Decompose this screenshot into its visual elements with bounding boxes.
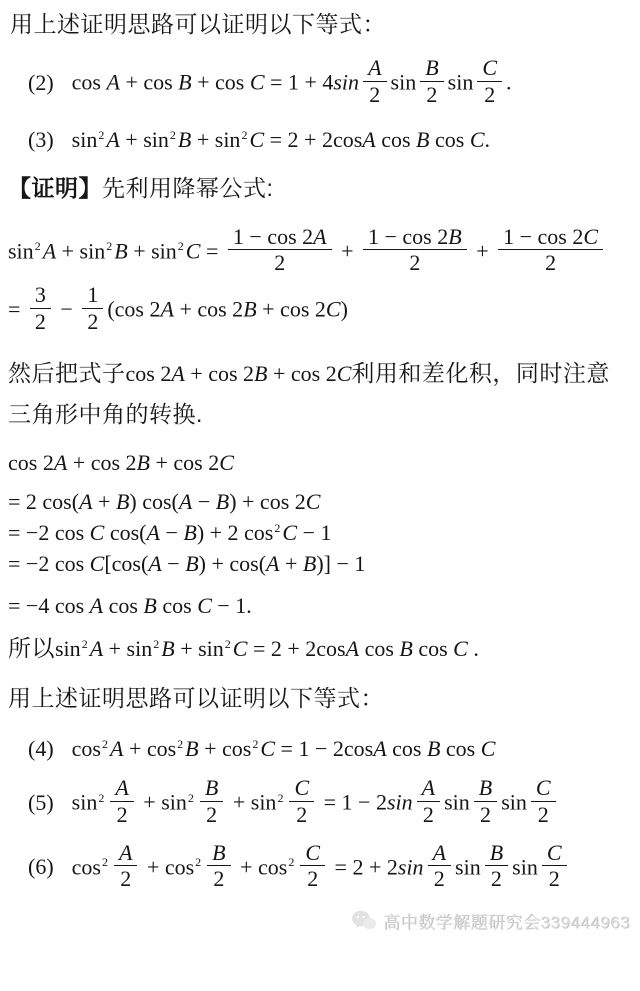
math-roman: ) <box>341 296 348 321</box>
math-italic: B <box>114 238 127 263</box>
math-roman: + sin <box>175 636 224 661</box>
math-roman: 2 <box>434 866 445 891</box>
text-run: 所以 <box>8 635 55 661</box>
math-roman: 2 <box>117 802 128 827</box>
equation-3: (3)sin2A + sin2B + sin2C = 2 + 2cosA cos… <box>0 126 640 154</box>
math-roman: = 2 cos( <box>8 489 79 514</box>
math-italic: B <box>254 361 267 386</box>
math-roman: cos( <box>104 520 146 545</box>
fraction: C2 <box>477 56 502 107</box>
math-italic: C <box>219 450 234 475</box>
superscript: 2 <box>188 791 194 805</box>
equation-6: (6)cos2A2 + cos2B2 + cos2C2 = 2 + 2sinA2… <box>0 844 640 895</box>
math-italic: C <box>90 520 105 545</box>
fraction-denominator: 2 <box>289 802 314 827</box>
math-roman: + cos 2 <box>174 296 243 321</box>
math-roman: 1 − cos 2 <box>503 224 583 249</box>
equation-5: (5)sin2A2 + sin2B2 + sin2C2 = 1 − 2sinA2… <box>0 779 640 830</box>
fraction: A2 <box>114 841 137 892</box>
math-roman: 2 <box>538 802 549 827</box>
math-italic: C <box>337 361 352 386</box>
equation-number: (5) <box>28 789 54 817</box>
math-italic: A <box>171 361 184 386</box>
intro-text-2: 用上述证明思路可以证明以下等式： <box>0 684 640 713</box>
math-roman: + cos 2 <box>150 450 219 475</box>
superscript: 2 <box>153 637 159 651</box>
math-italic: B <box>205 775 218 800</box>
math-italic: A <box>119 840 132 865</box>
math-italic: C <box>305 840 320 865</box>
intro-text-1: 用上述证明思路可以证明以下等式： <box>0 10 640 39</box>
fraction: C2 <box>300 841 325 892</box>
fraction-numerator: 1 − cos 2C <box>498 225 603 251</box>
wechat-icon <box>351 910 377 931</box>
math-roman: = −2 cos <box>8 551 90 576</box>
math-roman: + cos <box>199 736 252 761</box>
math-roman: 1 <box>87 282 98 307</box>
fraction-denominator: 2 <box>207 866 230 891</box>
fraction-denominator: 2 <box>363 250 467 275</box>
math-roman: + <box>471 238 494 263</box>
math-roman: 2 <box>307 866 318 891</box>
math-italic: B <box>212 840 225 865</box>
fraction-numerator: 3 <box>30 283 51 309</box>
math-italic: A <box>79 489 92 514</box>
math-roman: = 2 + 2cos <box>247 636 345 661</box>
equation-4: (4)cos2A + cos2B + cos2C = 1 − 2cosA cos… <box>0 735 640 763</box>
math-roman: sin <box>72 790 98 815</box>
math-roman: . <box>468 636 479 661</box>
math-italic: C <box>326 296 341 321</box>
superscript: 2 <box>98 791 104 805</box>
math-italic: B <box>303 551 316 576</box>
math-italic: B <box>185 736 198 761</box>
math-italic: A <box>179 489 192 514</box>
math-roman: = 1 − 2cos <box>275 736 373 761</box>
equation-number: (6) <box>28 853 54 881</box>
superscript: 2 <box>98 128 104 142</box>
fraction: 1 − cos 2C2 <box>498 225 603 276</box>
superscript: 2 <box>225 637 231 651</box>
math-roman: . <box>485 127 491 152</box>
math-italic: C <box>547 840 562 865</box>
math-italic: A <box>433 840 446 865</box>
math-roman: = <box>8 296 26 321</box>
text-run: 用上述证明思路可以证明以下等式： <box>8 685 384 711</box>
math-italic: C <box>470 127 485 152</box>
math-italic: A <box>148 551 161 576</box>
math-italic: A <box>90 593 103 618</box>
fraction: C2 <box>542 841 567 892</box>
math-roman: = −4 cos <box>8 593 90 618</box>
math-roman: + cos <box>123 736 176 761</box>
math-roman: = 2 + 2cos <box>264 127 362 152</box>
superscript: 2 <box>252 737 258 751</box>
math-roman: + sin <box>191 127 240 152</box>
math-roman: 2 <box>480 802 491 827</box>
fraction-denominator: 2 <box>114 866 137 891</box>
math-roman: 2 <box>274 250 285 275</box>
math-italic: B <box>448 224 461 249</box>
fraction: A2 <box>110 776 133 827</box>
math-roman: ) cos( <box>129 489 178 514</box>
math-roman: cos <box>376 127 416 152</box>
math-roman: − <box>160 520 183 545</box>
math-roman: sin <box>448 70 474 95</box>
math-roman: 3 <box>35 282 46 307</box>
math-italic: A <box>106 127 119 152</box>
fraction-denominator: 2 <box>485 866 508 891</box>
math-roman: = 1 + 4 <box>265 70 334 95</box>
math-roman: + cos 2 <box>257 296 326 321</box>
superscript: 2 <box>277 791 283 805</box>
math-italic: A <box>106 70 119 95</box>
derive-line-5: = −4 cos A cos B cos C − 1. <box>0 592 640 620</box>
math-italic: B <box>425 55 438 80</box>
math-roman: )] − 1 <box>316 551 365 576</box>
math-italic: A <box>115 775 128 800</box>
math-roman: 2 <box>206 802 217 827</box>
fraction: 1 − cos 2A2 <box>228 225 332 276</box>
math-roman: 2 <box>409 250 420 275</box>
math-roman: 2 <box>549 866 560 891</box>
math-roman: cos <box>359 636 399 661</box>
math-italic: B <box>490 840 503 865</box>
math-roman: sin <box>444 790 470 815</box>
fraction-numerator: C <box>531 776 556 802</box>
math-roman: 2 <box>491 866 502 891</box>
math-roman: − 1 <box>297 520 331 545</box>
fraction: 12 <box>82 283 103 334</box>
fraction: A2 <box>417 776 440 827</box>
math-roman: sin <box>512 854 538 879</box>
math-italic: B <box>479 775 492 800</box>
fraction-denominator: 2 <box>477 82 502 107</box>
fraction: C2 <box>531 776 556 827</box>
superscript: 2 <box>241 128 247 142</box>
fraction-numerator: B <box>200 776 223 802</box>
fraction-numerator: C <box>300 841 325 867</box>
superscript: 2 <box>274 521 280 535</box>
math-roman: 2 <box>369 82 380 107</box>
math-roman: ) + 2 cos <box>197 520 274 545</box>
fraction-denominator: 2 <box>300 866 325 891</box>
fraction-denominator: 2 <box>110 802 133 827</box>
math-roman: + sin <box>128 238 177 263</box>
math-italic: C <box>583 224 598 249</box>
math-italic: B <box>216 489 229 514</box>
fraction: B2 <box>420 56 443 107</box>
derive-line-2: = 2 cos(A + B) cos(A − B) + cos 2C <box>0 488 640 516</box>
fraction-denominator: 2 <box>30 309 51 334</box>
math-roman: cos <box>103 593 143 618</box>
math-italic: A <box>161 296 174 321</box>
math-roman: + sin <box>120 127 169 152</box>
math-italic: A <box>313 224 326 249</box>
math-italic: C <box>186 238 201 263</box>
explain-text-1: 然后把式子cos 2A + cos 2B + cos 2C利用和差化积，同时注意 <box>0 359 640 388</box>
fraction-numerator: B <box>207 841 230 867</box>
fraction: A2 <box>363 56 386 107</box>
math-roman: cos 2 <box>8 450 54 475</box>
fraction: 32 <box>30 283 51 334</box>
fraction-numerator: C <box>289 776 314 802</box>
math-italic: A <box>266 551 279 576</box>
math-roman: + sin <box>138 790 187 815</box>
math-italic: C <box>536 775 551 800</box>
math-roman: sin <box>8 238 34 263</box>
math-italic: C <box>453 636 468 661</box>
fraction-numerator: 1 <box>82 283 103 309</box>
math-italic: B <box>178 127 191 152</box>
math-italic: C <box>250 70 265 95</box>
math-roman: − <box>192 489 215 514</box>
fraction: C2 <box>289 776 314 827</box>
math-roman: 2 <box>213 866 224 891</box>
math-roman: + <box>336 238 359 263</box>
math-roman: + sin <box>227 790 276 815</box>
fraction-denominator: 2 <box>200 802 223 827</box>
derive-line-4: = −2 cos C[cos(A − B) + cos(A + B)] − 1 <box>0 550 640 578</box>
math-roman: − <box>162 551 185 576</box>
math-roman: 2 <box>87 309 98 334</box>
bold-text-run: 【证明】 <box>8 175 102 201</box>
superscript: 2 <box>102 737 108 751</box>
fraction-denominator: 2 <box>417 802 440 827</box>
fraction-denominator: 2 <box>474 802 497 827</box>
text-run: 利用和差化积，同时注意 <box>351 360 610 386</box>
conclusion-text: 所以sin2A + sin2B + sin2C = 2 + 2cosA cos … <box>0 634 640 663</box>
math-roman: cos <box>72 854 101 879</box>
fraction-numerator: B <box>420 56 443 82</box>
math-roman: = 1 − 2 <box>318 790 387 815</box>
fraction: B2 <box>474 776 497 827</box>
math-italic: A <box>362 127 375 152</box>
fraction-numerator: A <box>417 776 440 802</box>
fraction-numerator: B <box>485 841 508 867</box>
text-run: 然后把式子 <box>8 360 126 386</box>
math-roman: sin <box>55 636 81 661</box>
watermark: 高中数学解题研究会339444963 <box>0 908 640 933</box>
math-roman: cos <box>72 70 107 95</box>
math-italic: C <box>282 520 297 545</box>
math-roman: + cos 2 <box>67 450 136 475</box>
superscript: 2 <box>170 128 176 142</box>
math-italic: B <box>416 127 429 152</box>
fraction-numerator: 1 − cos 2B <box>363 225 467 251</box>
math-italic: C <box>233 636 248 661</box>
math-roman: sin <box>391 70 417 95</box>
math-roman: 2 <box>426 82 437 107</box>
math-roman: + sin <box>103 636 152 661</box>
math-roman: + cos <box>192 70 250 95</box>
math-roman: 2 <box>296 802 307 827</box>
math-italic: sin <box>398 854 424 879</box>
math-roman: cos 2 <box>126 361 172 386</box>
math-roman: 2 <box>545 250 556 275</box>
math-italic: C <box>90 551 105 576</box>
math-roman: cos <box>440 736 480 761</box>
math-roman: [cos( <box>104 551 148 576</box>
equation-2: (2)cos A + cos B + cos C = 1 + 4sinA2sin… <box>0 59 640 110</box>
math-italic: C <box>260 736 275 761</box>
math-roman: (cos 2 <box>107 296 160 321</box>
math-roman: 1 − cos 2 <box>233 224 313 249</box>
superscript: 2 <box>177 737 183 751</box>
math-italic: C <box>294 775 309 800</box>
fraction: B2 <box>207 841 230 892</box>
text-run: 三角形中角的转换. <box>8 401 203 427</box>
math-roman: 2 <box>423 802 434 827</box>
math-roman: . <box>506 70 512 95</box>
fraction-denominator: 2 <box>82 309 103 334</box>
math-italic: A <box>146 520 159 545</box>
math-italic: A <box>368 55 381 80</box>
text-run: 先利用降幂公式: <box>102 175 273 201</box>
math-italic: sin <box>387 790 413 815</box>
proof-eq-line-2: = 32 − 12(cos 2A + cos 2B + cos 2C) <box>0 286 640 337</box>
math-italic: C <box>197 593 212 618</box>
math-italic: B <box>137 450 150 475</box>
superscript: 2 <box>35 239 41 253</box>
math-italic: B <box>183 520 196 545</box>
math-roman: 2 <box>484 82 495 107</box>
document-page: 用上述证明思路可以证明以下等式：(2)cos A + cos B + cos C… <box>0 0 640 991</box>
math-italic: B <box>243 296 256 321</box>
math-italic: C <box>481 736 496 761</box>
math-roman: = −2 cos <box>8 520 90 545</box>
fraction-numerator: A <box>428 841 451 867</box>
superscript: 2 <box>106 239 112 253</box>
fraction-denominator: 2 <box>428 866 451 891</box>
math-italic: C <box>306 489 321 514</box>
fraction-denominator: 2 <box>531 802 556 827</box>
math-roman: + <box>279 551 302 576</box>
superscript: 2 <box>288 855 294 869</box>
fraction-numerator: A <box>110 776 133 802</box>
fraction-denominator: 2 <box>420 82 443 107</box>
fraction-numerator: 1 − cos 2A <box>228 225 332 251</box>
superscript: 2 <box>102 855 108 869</box>
math-italic: A <box>90 636 103 661</box>
math-roman: 2 <box>120 866 131 891</box>
math-roman: ) + cos( <box>199 551 266 576</box>
math-roman: 2 <box>35 309 46 334</box>
fraction-numerator: C <box>542 841 567 867</box>
math-roman: + cos <box>120 70 178 95</box>
superscript: 2 <box>195 855 201 869</box>
fraction: A2 <box>428 841 451 892</box>
math-roman: sin <box>72 127 98 152</box>
fraction-denominator: 2 <box>363 82 386 107</box>
math-italic: B <box>427 736 440 761</box>
math-italic: B <box>161 636 174 661</box>
equation-number: (2) <box>28 69 54 97</box>
fraction-numerator: B <box>474 776 497 802</box>
math-roman: + cos 2 <box>267 361 336 386</box>
fraction-denominator: 2 <box>542 866 567 891</box>
math-roman: cos <box>72 736 101 761</box>
fraction: B2 <box>485 841 508 892</box>
math-roman: cos <box>430 127 470 152</box>
math-roman: + cos <box>235 854 288 879</box>
math-roman: cos <box>387 736 427 761</box>
equation-number: (3) <box>28 126 54 154</box>
math-roman: = 2 + 2 <box>329 854 398 879</box>
math-roman: + cos <box>141 854 194 879</box>
math-italic: B <box>185 551 198 576</box>
math-roman: sin <box>455 854 481 879</box>
fraction: B2 <box>200 776 223 827</box>
fraction-denominator: 2 <box>498 250 603 275</box>
fraction-numerator: A <box>363 56 386 82</box>
math-roman: cos <box>413 636 453 661</box>
math-italic: A <box>43 238 56 263</box>
math-italic: A <box>110 736 123 761</box>
math-italic: A <box>54 450 67 475</box>
math-roman: + sin <box>56 238 105 263</box>
proof-header: 【证明】先利用降幂公式: <box>0 174 640 203</box>
math-italic: B <box>116 489 129 514</box>
fraction: 1 − cos 2B2 <box>363 225 467 276</box>
derive-line-3: = −2 cos C cos(A − B) + 2 cos2C − 1 <box>0 519 640 547</box>
math-italic: A <box>373 736 386 761</box>
math-roman: + cos 2 <box>185 361 254 386</box>
math-roman: ) + cos 2 <box>229 489 306 514</box>
math-roman: = <box>200 238 223 263</box>
equation-number: (4) <box>28 735 54 763</box>
fraction-denominator: 2 <box>228 250 332 275</box>
fraction-numerator: C <box>477 56 502 82</box>
math-roman: − 1. <box>212 593 252 618</box>
math-italic: C <box>249 127 264 152</box>
math-roman: 1 − cos 2 <box>368 224 448 249</box>
math-italic: B <box>178 70 191 95</box>
text-run: 用上述证明思路可以证明以下等式： <box>10 11 386 37</box>
superscript: 2 <box>82 637 88 651</box>
math-italic: A <box>422 775 435 800</box>
math-roman: sin <box>501 790 527 815</box>
document-body: 用上述证明思路可以证明以下等式：(2)cos A + cos B + cos C… <box>0 10 640 894</box>
proof-eq-line-1: sin2A + sin2B + sin2C = 1 − cos 2A2 + 1 … <box>0 228 640 279</box>
fraction-numerator: A <box>114 841 137 867</box>
derive-line-1: cos 2A + cos 2B + cos 2C <box>0 449 640 477</box>
watermark-text: 高中数学解题研究会339444963 <box>383 908 630 933</box>
math-italic: sin <box>333 70 359 95</box>
math-roman: cos <box>157 593 197 618</box>
math-italic: B <box>143 593 156 618</box>
math-italic: C <box>482 55 497 80</box>
math-roman: − <box>55 296 78 321</box>
math-italic: B <box>399 636 412 661</box>
math-roman: + <box>93 489 116 514</box>
math-italic: A <box>346 636 359 661</box>
superscript: 2 <box>178 239 184 253</box>
explain-text-2: 三角形中角的转换. <box>0 400 640 429</box>
